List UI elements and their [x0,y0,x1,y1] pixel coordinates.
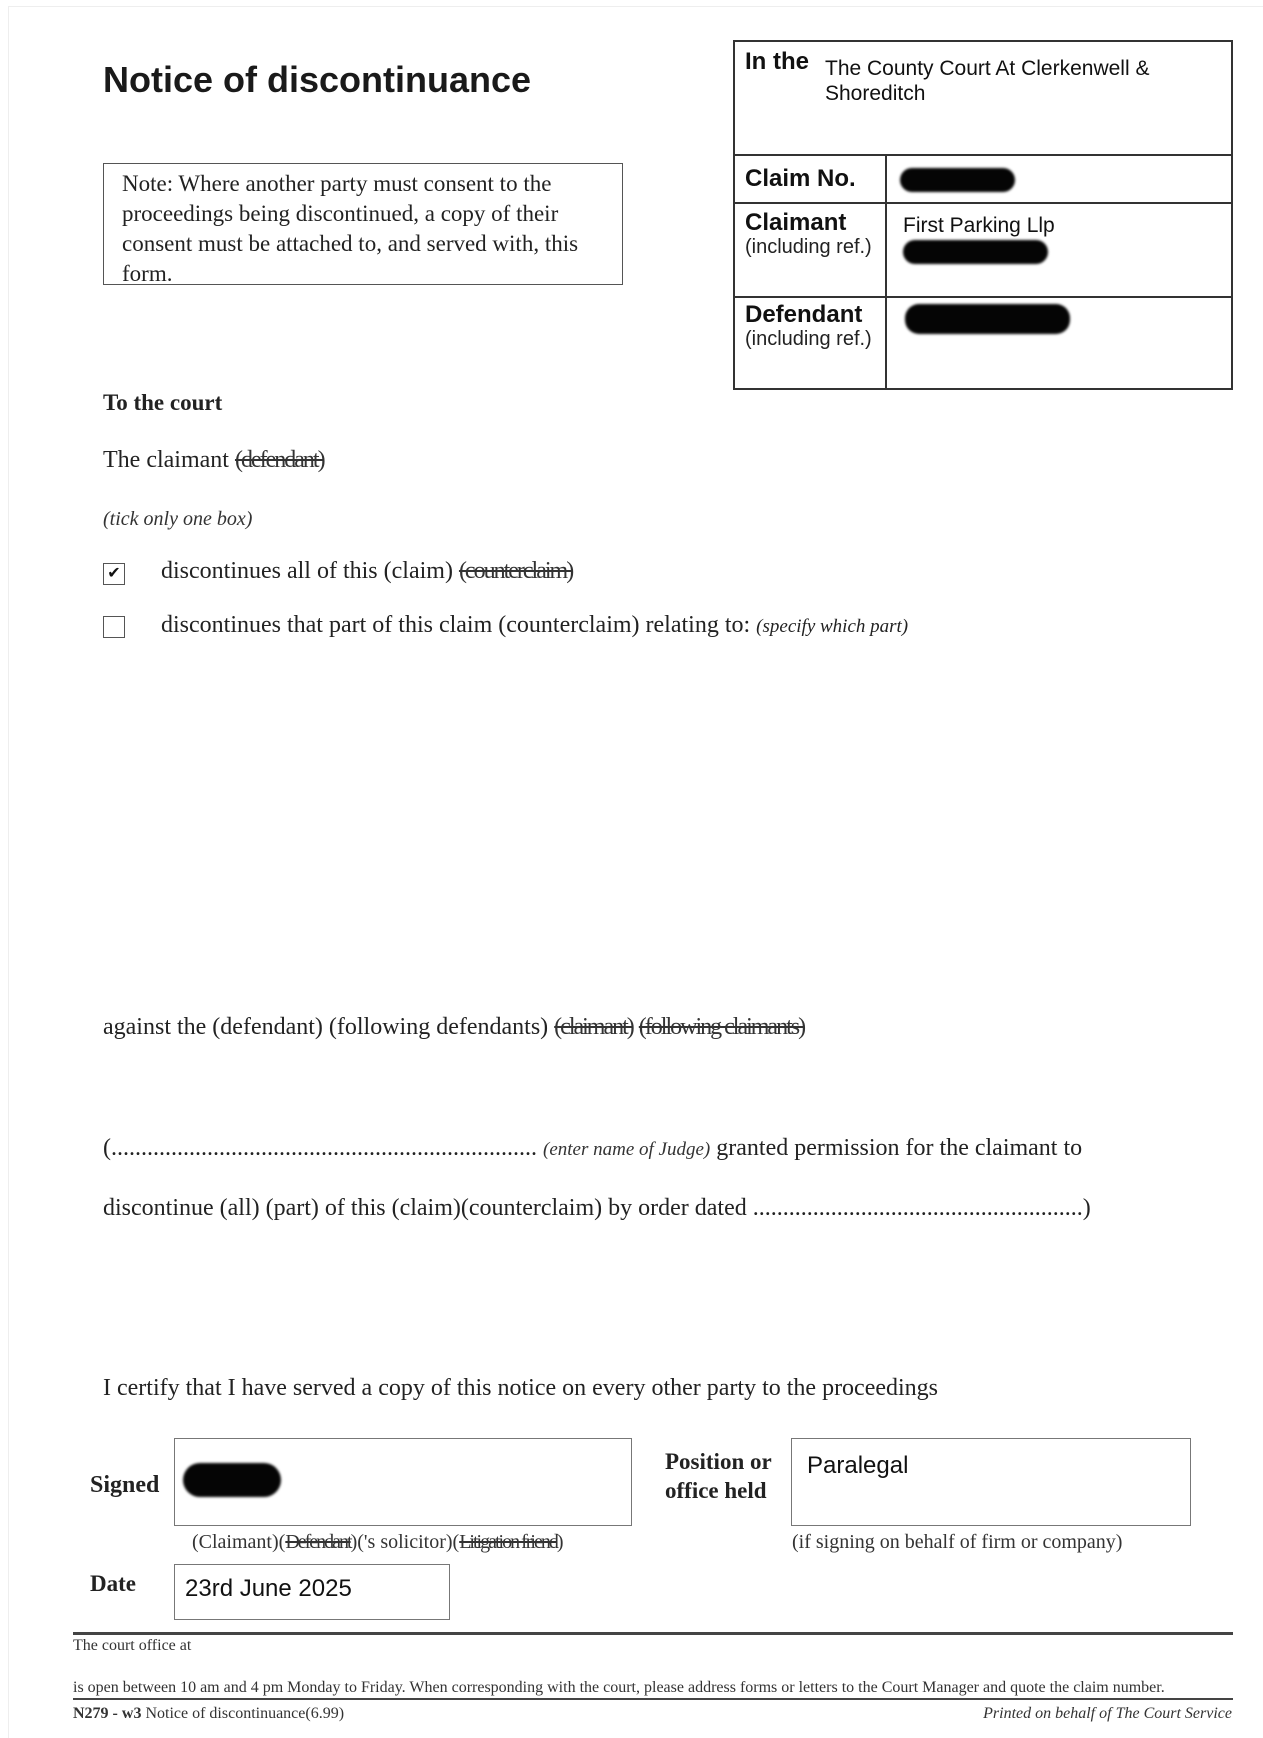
claim-no-label: Claim No. [745,165,856,192]
checkmark-icon: ✔ [107,565,120,582]
defendant-redacted [905,304,1070,334]
to-court-heading: To the court [103,390,222,416]
claimant-row: Claimant (including ref.) First Parking … [735,204,1231,298]
position-hint: (if signing on behalf of firm or company… [792,1531,1122,1554]
signer-role-options: (Claimant)(Defendant)('s solicitor)(Liti… [192,1531,564,1554]
defendant-sub-label: (including ref.) [745,328,872,350]
claim-no-redacted [900,168,1015,192]
consent-note: Note: Where another party must consent t… [103,163,623,285]
signature-redacted [183,1463,281,1497]
discontinue-all-checkbox[interactable]: ✔ [103,563,125,585]
office-hours-text: is open between 10 am and 4 pm Monday to… [73,1679,1233,1700]
date-label: Date [90,1571,136,1597]
claimant-sub-label: (including ref.) [745,236,872,258]
against-statement: against the (defendant) (following defen… [103,1014,804,1041]
discontinue-all-label: discontinues all of this (claim) (counte… [161,558,572,585]
claimant-ref-redacted [903,240,1048,264]
page-title: Notice of discontinuance [103,59,531,101]
court-row: In the The County Court At Clerkenwell &… [735,42,1231,156]
claimant-name[interactable]: First Parking Llp [903,213,1055,238]
position-field[interactable]: Paralegal [791,1438,1191,1526]
court-details-table: In the The County Court At Clerkenwell &… [733,40,1233,390]
certify-statement: I certify that I have served a copy of t… [103,1375,938,1402]
court-name[interactable]: The County Court At Clerkenwell & Shored… [825,56,1205,106]
signed-label: Signed [90,1472,159,1499]
signature-field[interactable] [174,1438,632,1526]
struck-counterclaim: (counterclaim) [459,558,572,584]
discontinue-part-checkbox[interactable] [103,616,125,638]
footer-divider [73,1632,1233,1635]
party-statement: The claimant (defendant) [103,447,324,474]
printed-by: Printed on behalf of The Court Service [983,1705,1232,1723]
struck-defendant: (defendant) [235,447,324,473]
in-the-label: In the [745,48,809,75]
claim-no-row: Claim No. [735,156,1231,204]
position-label: Position or office held [665,1447,772,1505]
order-date-line[interactable]: discontinue (all) (part) of this (claim)… [103,1195,1091,1222]
court-office-label: The court office at [73,1637,191,1655]
judge-permission-line: (.......................................… [103,1135,1082,1162]
defendant-row: Defendant (including ref.) [735,298,1231,388]
tick-instruction: (tick only one box) [103,508,252,531]
form-reference: N279 - w3 Notice of discontinuance(6.99) [73,1705,344,1723]
judge-name-field[interactable]: (.......................................… [103,1135,537,1161]
date-field[interactable]: 23rd June 2025 [174,1564,450,1620]
claimant-label: Claimant [745,209,872,236]
form-page: Notice of discontinuance Note: Where ano… [8,6,1263,1738]
discontinue-part-label: discontinues that part of this claim (co… [161,612,908,639]
defendant-label: Defendant [745,301,872,328]
